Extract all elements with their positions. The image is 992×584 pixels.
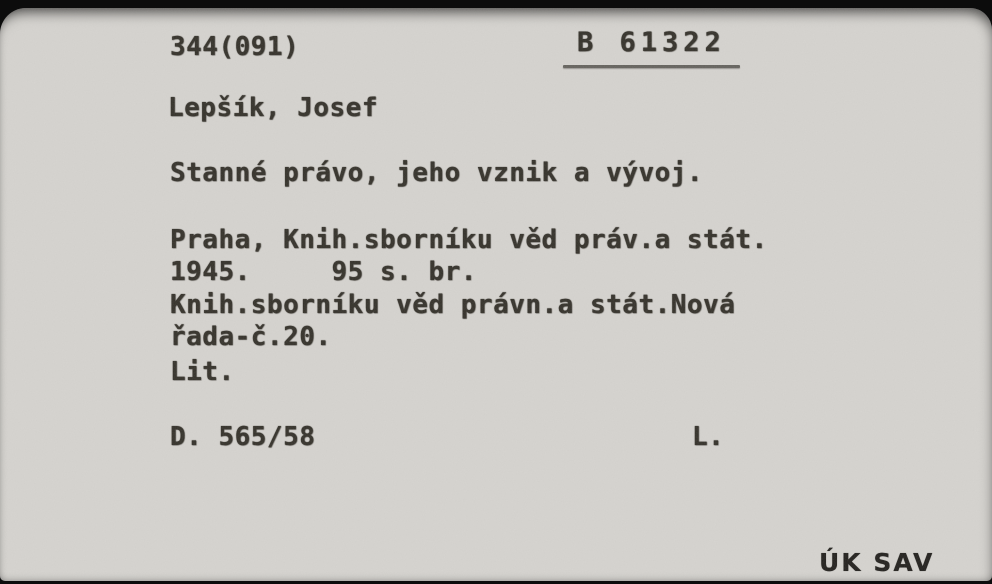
accession-number: D. 565/58 — [170, 424, 315, 450]
imprint-line: Praha, Knih.sborníku věd práv.a stát. — [170, 227, 768, 253]
author-heading: Lepšík, Josef — [168, 95, 378, 121]
call-number: B 61322 — [577, 29, 726, 56]
series-line-1: Knih.sborníku věd právn.a stát.Nová — [170, 292, 735, 318]
scanned-catalog-card-page: 344(091) B 61322 Lepšík, Josef Stanné pr… — [0, 0, 992, 584]
library-stamp: ÚK SAV — [819, 548, 934, 577]
note-line: Lit. — [170, 359, 235, 385]
series-line-2: řada-č.20. — [170, 324, 332, 350]
title-line: Stanné právo, jeho vznik a vývoj. — [170, 160, 703, 186]
classification-number: 344(091) — [170, 34, 299, 60]
cataloguer-mark: L. — [692, 424, 724, 450]
catalog-card: 344(091) B 61322 Lepšík, Josef Stanné pr… — [0, 8, 992, 581]
call-number-underline — [563, 65, 740, 68]
collation-line: 1945. 95 s. br. — [170, 259, 477, 285]
